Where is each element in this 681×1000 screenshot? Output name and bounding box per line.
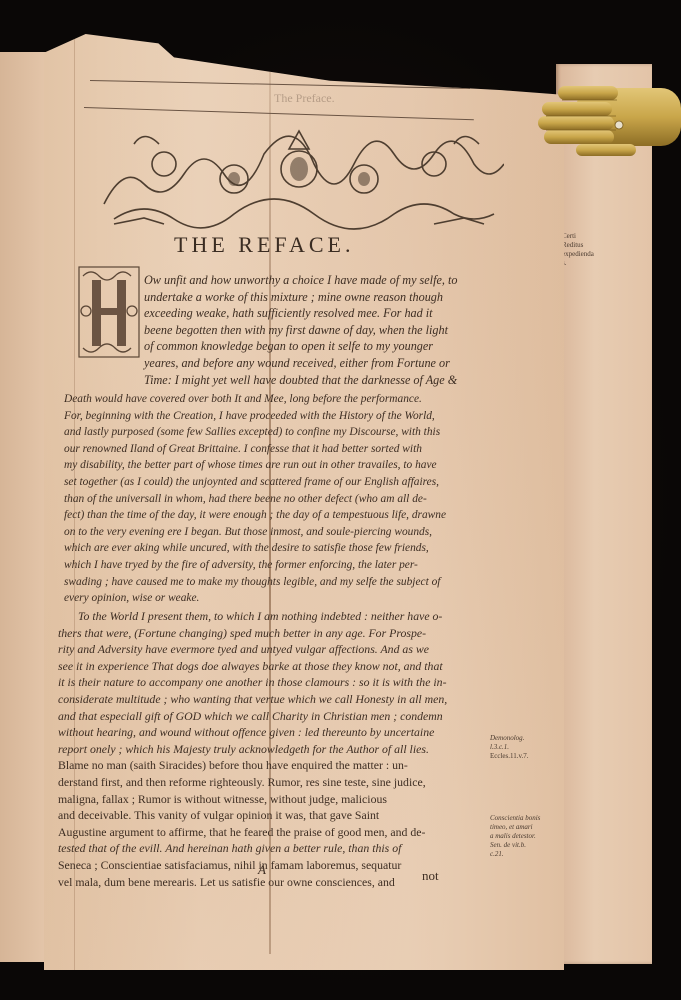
right-leaf-margin-note: Certi Reditus expedienda s. [562,232,594,268]
document-page: The Preface. THE REFACE. [44,34,564,970]
right-underleaf: Certi Reditus expedienda s. [556,64,652,964]
page-title: THE REFACE. [174,232,354,258]
opening-paragraph-continued: Death would have covered over both It an… [64,391,446,607]
second-paragraph: To the World I present them, to which I … [58,608,447,890]
second-rule [84,107,474,120]
running-head: The Preface. [274,91,335,106]
decorated-drop-cap-h [78,266,140,358]
opening-paragraph-lines: Ow unfit and how unworthy a choice I hav… [144,272,457,388]
gilded-hand-page-holder [536,78,681,160]
margin-note-seneca: Conscientia bonis timeo, et amari a mali… [490,814,540,859]
ornamental-headpiece [94,124,504,234]
margin-note-demonology: Demonolog. l.3.c.1. Eccles.11.v.7. [490,734,529,761]
signature-mark: A [258,862,266,878]
catchword: not [422,868,439,884]
